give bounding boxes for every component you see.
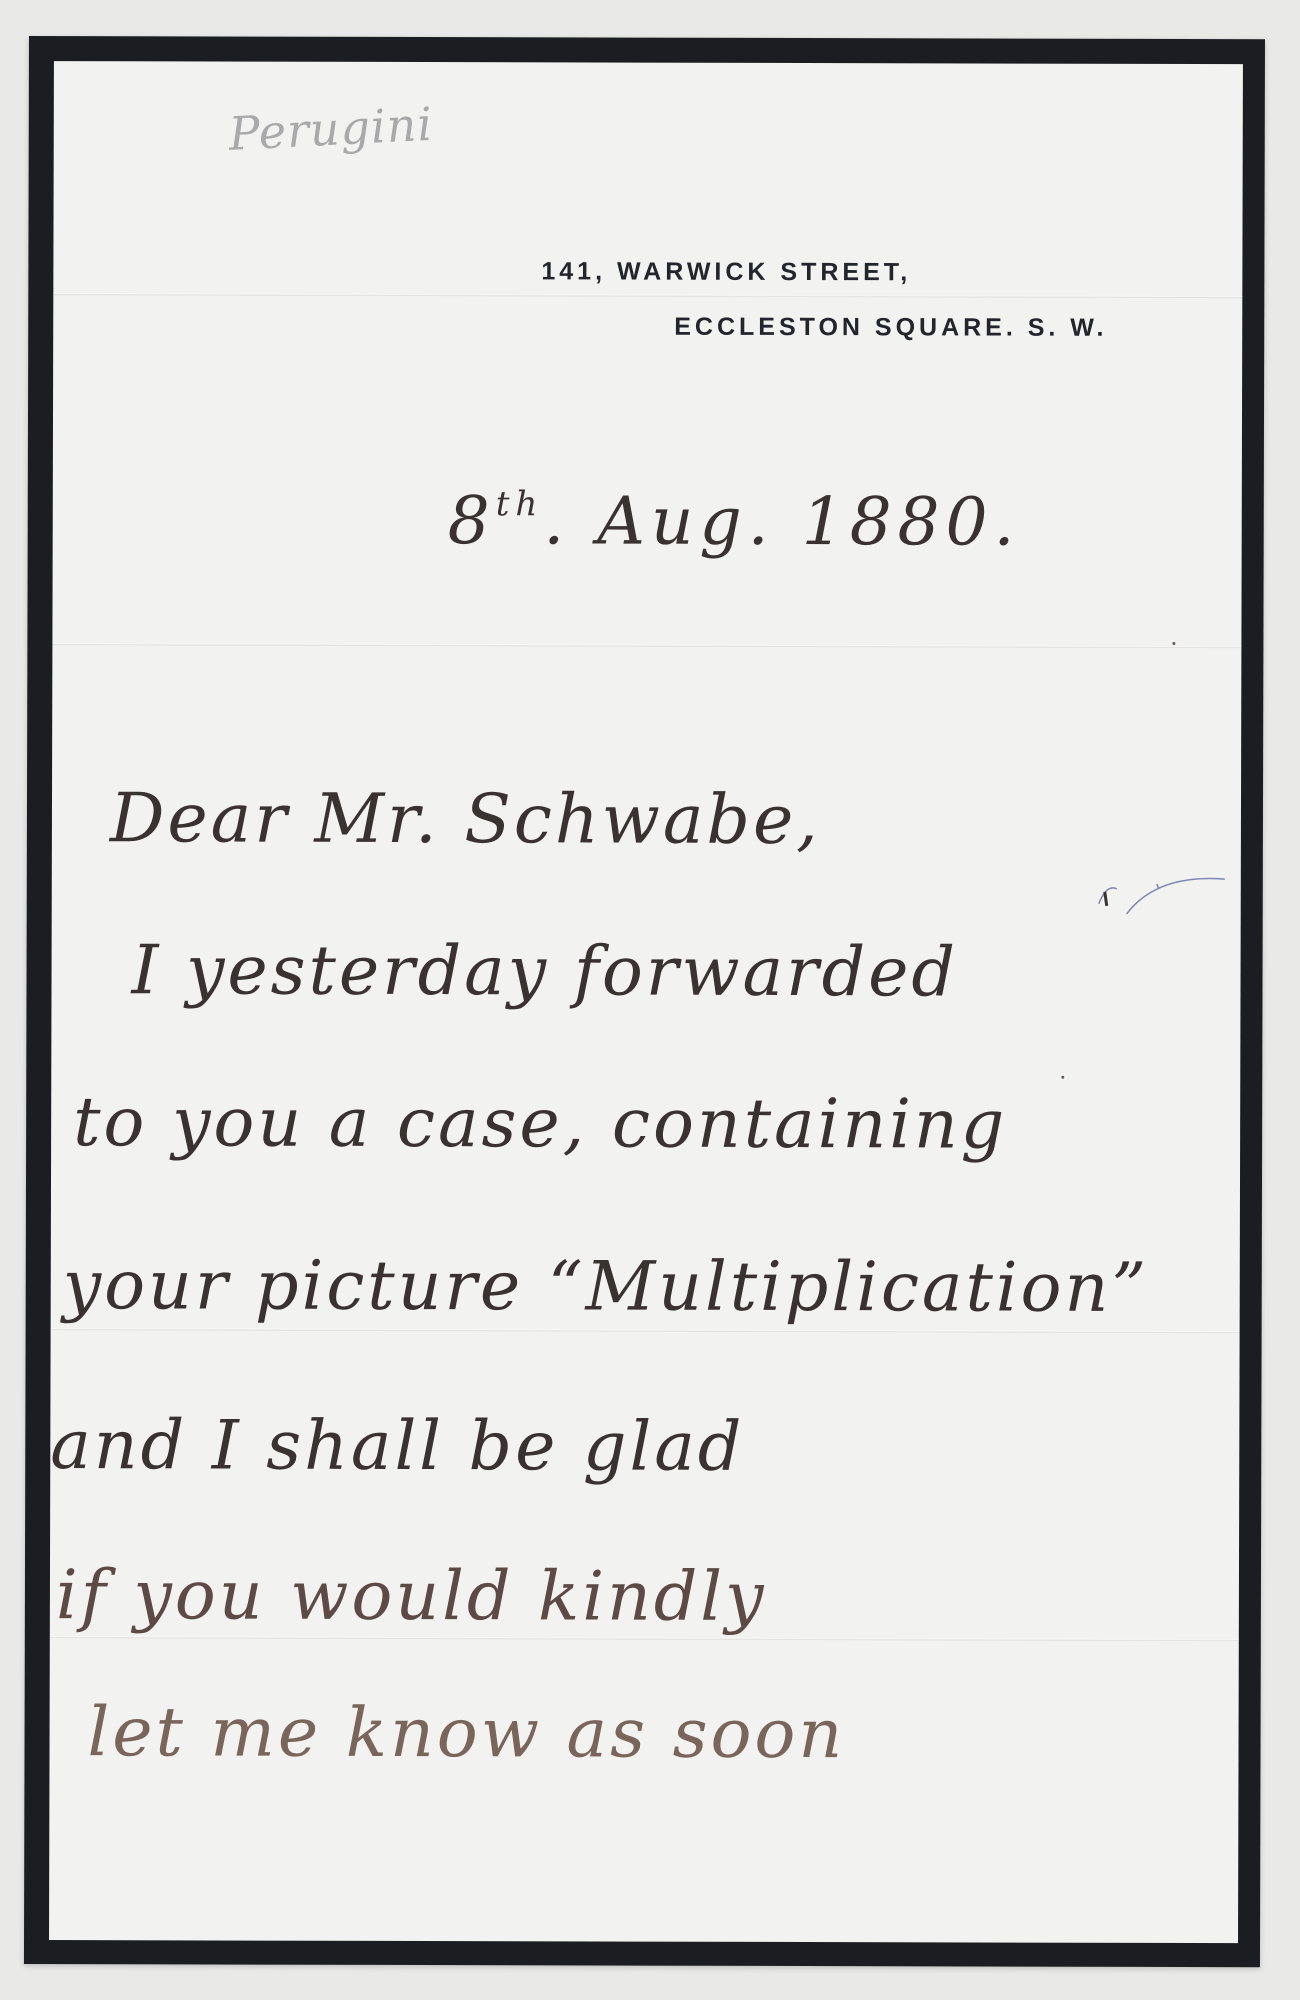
body-line: to you a case, containing bbox=[73, 1083, 1007, 1164]
body-line: let me know as soon bbox=[87, 1693, 845, 1774]
letterhead-square: ECCLESTON SQUARE. S. W. bbox=[674, 313, 1107, 343]
date-day: 8 bbox=[448, 482, 496, 559]
pencil-annotation: Perugini bbox=[228, 97, 435, 161]
date-rest: . Aug. 1880. bbox=[543, 482, 1020, 560]
fold-line bbox=[53, 293, 1242, 298]
letterhead-street: 141, WARWICK STREET, bbox=[541, 257, 911, 287]
letter-paper: Perugini 141, WARWICK STREET, ECCLESTON … bbox=[49, 61, 1243, 1943]
ink-speck bbox=[1061, 1076, 1064, 1079]
fold-line bbox=[51, 1328, 1240, 1333]
letter-date: 8th. Aug. 1880. bbox=[448, 482, 1021, 560]
salutation: Dear Mr. Schwabe, bbox=[110, 779, 821, 860]
ink-speck bbox=[1172, 642, 1175, 645]
date-ordinal: th bbox=[496, 484, 544, 524]
fold-line bbox=[52, 643, 1241, 648]
body-line: if you would kindly bbox=[56, 1556, 767, 1637]
mourning-card-border: Perugini 141, WARWICK STREET, ECCLESTON … bbox=[24, 36, 1265, 1967]
body-line: I yesterday forwarded bbox=[131, 931, 958, 1012]
body-line: and I shall be glad bbox=[50, 1406, 744, 1487]
blue-pencil-mark-icon bbox=[1097, 844, 1227, 919]
body-line: your picture “Multiplication” bbox=[63, 1246, 1150, 1328]
fold-line bbox=[50, 1636, 1239, 1641]
